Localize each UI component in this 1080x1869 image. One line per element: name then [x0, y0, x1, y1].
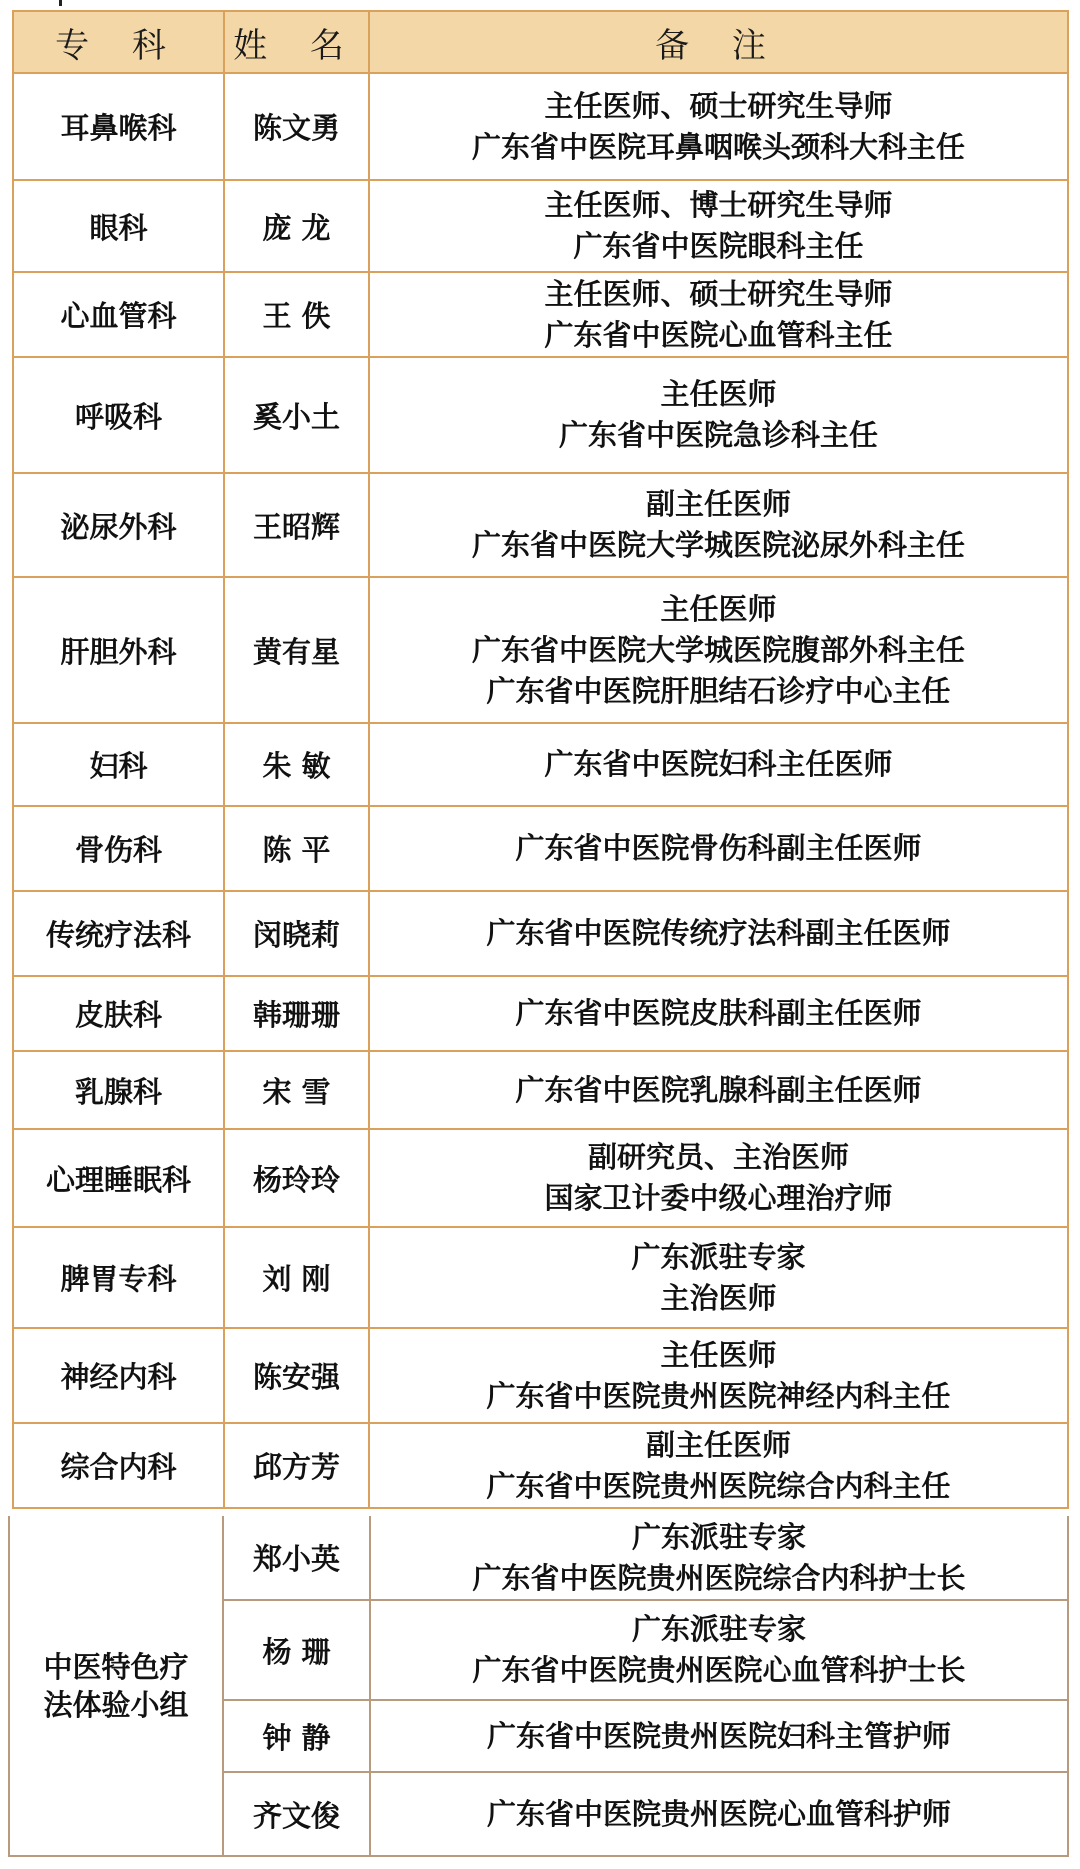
- department-cell: 综合内科: [13, 1423, 224, 1508]
- note-line: 广东省中医院乳腺科副主任医师: [370, 1070, 1067, 1111]
- department-cell: 脾胃专科: [13, 1227, 224, 1328]
- doctor-name-cell: 闵晓莉: [224, 891, 369, 976]
- table-row: 传统疗法科闵晓莉广东省中医院传统疗法科副主任医师: [13, 891, 1068, 976]
- group-department-cell: 中医特色疗法体验小组: [9, 1516, 223, 1856]
- group-member-row: 中医特色疗法体验小组郑小英广东派驻专家广东省中医院贵州医院综合内科护士长: [9, 1516, 1068, 1600]
- note-line: 广东派驻专家: [370, 1237, 1067, 1278]
- notes-cell: 主任医师广东省中医院贵州医院神经内科主任: [369, 1328, 1068, 1423]
- doctor-name-cell: 刘 刚: [224, 1227, 369, 1328]
- column-header-name: 姓 名: [224, 11, 369, 73]
- table-header-row: 专 科 姓 名 备 注: [13, 11, 1068, 73]
- department-cell: 心血管科: [13, 272, 224, 357]
- department-cell: 眼科: [13, 180, 224, 272]
- note-line: 广东省中医院急诊科主任: [370, 415, 1067, 456]
- notes-cell: 主任医师、博士研究生导师广东省中医院眼科主任: [369, 180, 1068, 272]
- note-line: 广东省中医院耳鼻咽喉头颈科大科主任: [370, 127, 1067, 168]
- doctor-name-cell: 王 佚: [224, 272, 369, 357]
- note-line: 主任医师: [370, 589, 1067, 630]
- notes-cell: 主任医师、硕士研究生导师广东省中医院耳鼻咽喉头颈科大科主任: [369, 73, 1068, 180]
- table-row: 心血管科王 佚主任医师、硕士研究生导师广东省中医院心血管科主任: [13, 272, 1068, 357]
- notes-cell: 广东派驻专家主治医师: [369, 1227, 1068, 1328]
- note-line: 广东省中医院皮肤科副主任医师: [370, 993, 1067, 1034]
- note-line: 广东省中医院贵州医院综合内科护士长: [371, 1558, 1067, 1599]
- note-line: 广东省中医院贵州医院妇科主管护师: [371, 1716, 1067, 1757]
- doctor-name-cell: 韩珊珊: [224, 976, 369, 1051]
- note-line: 广东省中医院骨伤科副主任医师: [370, 828, 1067, 869]
- note-line: 广东省中医院大学城医院腹部外科主任: [370, 630, 1067, 671]
- note-line: 广东省中医院贵州医院神经内科主任: [370, 1376, 1067, 1417]
- note-line: 广东派驻专家: [371, 1517, 1067, 1558]
- note-line: 广东省中医院妇科主任医师: [370, 744, 1067, 785]
- doctor-name-cell: 陈安强: [224, 1328, 369, 1423]
- department-cell: 耳鼻喉科: [13, 73, 224, 180]
- notes-cell: 副主任医师广东省中医院贵州医院综合内科主任: [369, 1423, 1068, 1508]
- doctor-name-cell: 王昭辉: [224, 473, 369, 577]
- notes-cell: 广东省中医院骨伤科副主任医师: [369, 806, 1068, 891]
- note-line: 广东省中医院大学城医院泌尿外科主任: [370, 525, 1067, 566]
- note-line: 副主任医师: [370, 1425, 1067, 1466]
- department-cell: 妇科: [13, 723, 224, 806]
- table-row: 神经内科陈安强主任医师广东省中医院贵州医院神经内科主任: [13, 1328, 1068, 1423]
- group-department-line: 法体验小组: [10, 1686, 222, 1724]
- member-name-cell: 钟 静: [223, 1700, 370, 1772]
- table-row: 心理睡眠科杨玲玲副研究员、主治医师国家卫计委中级心理治疗师: [13, 1129, 1068, 1227]
- department-cell: 心理睡眠科: [13, 1129, 224, 1227]
- doctor-name-cell: 邱方芳: [224, 1423, 369, 1508]
- doctor-name-cell: 宋 雪: [224, 1051, 369, 1129]
- doctor-name-cell: 庞 龙: [224, 180, 369, 272]
- note-line: 主任医师: [370, 374, 1067, 415]
- note-line: 广东省中医院肝胆结石诊疗中心主任: [370, 671, 1067, 712]
- group-table-body: 中医特色疗法体验小组郑小英广东派驻专家广东省中医院贵州医院综合内科护士长杨 珊广…: [9, 1516, 1068, 1856]
- doctor-name-cell: 奚小土: [224, 357, 369, 473]
- table-row: 综合内科邱方芳副主任医师广东省中医院贵州医院综合内科主任: [13, 1423, 1068, 1508]
- table-row: 泌尿外科王昭辉副主任医师广东省中医院大学城医院泌尿外科主任: [13, 473, 1068, 577]
- department-cell: 泌尿外科: [13, 473, 224, 577]
- notes-cell: 广东省中医院皮肤科副主任医师: [369, 976, 1068, 1051]
- notes-cell: 副主任医师广东省中医院大学城医院泌尿外科主任: [369, 473, 1068, 577]
- doctor-name-cell: 杨玲玲: [224, 1129, 369, 1227]
- note-line: 广东省中医院心血管科主任: [370, 315, 1067, 356]
- member-notes-cell: 广东派驻专家广东省中医院贵州医院心血管科护士长: [370, 1600, 1068, 1700]
- note-line: 主任医师、博士研究生导师: [370, 185, 1067, 226]
- table-row: 肝胆外科黄有星主任医师广东省中医院大学城医院腹部外科主任广东省中医院肝胆结石诊疗…: [13, 577, 1068, 723]
- column-header-department: 专 科: [13, 11, 224, 73]
- note-line: 国家卫计委中级心理治疗师: [370, 1178, 1067, 1219]
- note-line: 广东省中医院贵州医院心血管科护士长: [371, 1650, 1067, 1691]
- member-notes-cell: 广东省中医院贵州医院心血管科护师: [370, 1772, 1068, 1856]
- doctor-name-cell: 朱 敏: [224, 723, 369, 806]
- note-line: 广东省中医院眼科主任: [370, 226, 1067, 267]
- department-cell: 传统疗法科: [13, 891, 224, 976]
- department-cell: 皮肤科: [13, 976, 224, 1051]
- department-cell: 呼吸科: [13, 357, 224, 473]
- table-row: 皮肤科韩珊珊广东省中医院皮肤科副主任医师: [13, 976, 1068, 1051]
- note-line: 主任医师、硕士研究生导师: [370, 86, 1067, 127]
- department-cell: 乳腺科: [13, 1051, 224, 1129]
- note-line: 广东省中医院贵州医院心血管科护师: [371, 1794, 1067, 1835]
- column-header-notes: 备 注: [369, 11, 1068, 73]
- table-body: 耳鼻喉科陈文勇主任医师、硕士研究生导师广东省中医院耳鼻咽喉头颈科大科主任眼科庞 …: [13, 73, 1068, 1508]
- note-line: 主任医师: [370, 1335, 1067, 1376]
- notes-cell: 广东省中医院乳腺科副主任医师: [369, 1051, 1068, 1129]
- notes-cell: 主任医师广东省中医院大学城医院腹部外科主任广东省中医院肝胆结石诊疗中心主任: [369, 577, 1068, 723]
- member-notes-cell: 广东省中医院贵州医院妇科主管护师: [370, 1700, 1068, 1772]
- department-cell: 肝胆外科: [13, 577, 224, 723]
- table-row: 呼吸科奚小土主任医师广东省中医院急诊科主任: [13, 357, 1068, 473]
- notes-cell: 主任医师、硕士研究生导师广东省中医院心血管科主任: [369, 272, 1068, 357]
- note-line: 主任医师、硕士研究生导师: [370, 274, 1067, 315]
- page-edge-mark: [59, 0, 62, 6]
- note-line: 广东省中医院传统疗法科副主任医师: [370, 913, 1067, 954]
- table-row: 乳腺科宋 雪广东省中医院乳腺科副主任医师: [13, 1051, 1068, 1129]
- group-department-line: 中医特色疗: [10, 1648, 222, 1686]
- note-line: 副主任医师: [370, 484, 1067, 525]
- member-name-cell: 齐文俊: [223, 1772, 370, 1856]
- doctor-name-cell: 陈 平: [224, 806, 369, 891]
- note-line: 副研究员、主治医师: [370, 1137, 1067, 1178]
- notes-cell: 广东省中医院传统疗法科副主任医师: [369, 891, 1068, 976]
- member-name-cell: 郑小英: [223, 1516, 370, 1600]
- table-row: 脾胃专科刘 刚广东派驻专家主治医师: [13, 1227, 1068, 1328]
- table-row: 眼科庞 龙主任医师、博士研究生导师广东省中医院眼科主任: [13, 180, 1068, 272]
- department-cell: 骨伤科: [13, 806, 224, 891]
- member-name-cell: 杨 珊: [223, 1600, 370, 1700]
- note-line: 广东派驻专家: [371, 1609, 1067, 1650]
- table-row: 骨伤科陈 平广东省中医院骨伤科副主任医师: [13, 806, 1068, 891]
- notes-cell: 广东省中医院妇科主任医师: [369, 723, 1068, 806]
- department-cell: 神经内科: [13, 1328, 224, 1423]
- member-notes-cell: 广东派驻专家广东省中医院贵州医院综合内科护士长: [370, 1516, 1068, 1600]
- table-row: 妇科朱 敏广东省中医院妇科主任医师: [13, 723, 1068, 806]
- note-line: 广东省中医院贵州医院综合内科主任: [370, 1466, 1067, 1507]
- expert-table: 专 科 姓 名 备 注 耳鼻喉科陈文勇主任医师、硕士研究生导师广东省中医院耳鼻咽…: [12, 10, 1069, 1509]
- note-line: 主治医师: [370, 1278, 1067, 1319]
- table-row: 耳鼻喉科陈文勇主任医师、硕士研究生导师广东省中医院耳鼻咽喉头颈科大科主任: [13, 73, 1068, 180]
- doctor-name-cell: 陈文勇: [224, 73, 369, 180]
- group-table: 中医特色疗法体验小组郑小英广东派驻专家广东省中医院贵州医院综合内科护士长杨 珊广…: [8, 1516, 1069, 1857]
- doctor-name-cell: 黄有星: [224, 577, 369, 723]
- notes-cell: 主任医师广东省中医院急诊科主任: [369, 357, 1068, 473]
- notes-cell: 副研究员、主治医师国家卫计委中级心理治疗师: [369, 1129, 1068, 1227]
